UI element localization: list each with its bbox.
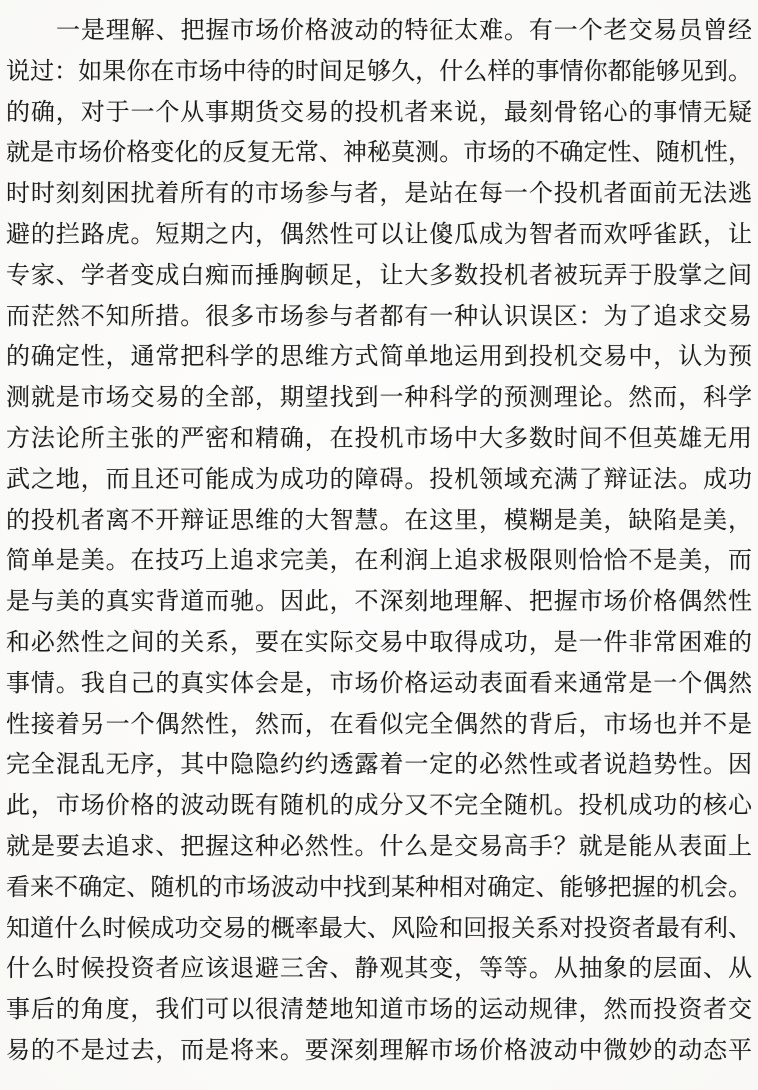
text-line: 说过：如果你在市场中待的时间足够久，什么样的事情你都能够见到。: [6, 52, 752, 93]
text-line: 知道什么时候成功交易的概率最大、风险和回报关系对投资者最有利、: [6, 909, 752, 950]
text-line: 事情。我自己的真实体会是，市场价格运动表面看来通常是一个偶然: [6, 664, 752, 705]
text-line: 和必然性之间的关系，要在实际交易中取得成功，是一件非常困难的: [6, 623, 752, 664]
text-line: 就是要去追求、把握这种必然性。什么是交易高手？就是能从表面上: [6, 827, 752, 868]
text-line: 的确定性，通常把科学的思维方式简单地运用到投机交易中，认为预: [6, 337, 752, 378]
text-line: 完全混乱无序，其中隐隐约约透露着一定的必然性或者说趋势性。因: [6, 745, 752, 786]
page-text: 一是理解、把握市场价格波动的特征太难。有一个老交易员曾经说过：如果你在市场中待的…: [6, 11, 752, 1072]
text-line: 事后的角度，我们可以很清楚地知道市场的运动规律，然而投资者交: [6, 990, 752, 1031]
text-line: 就是市场价格变化的反复无常、神秘莫测。市场的不确定性、随机性，: [6, 133, 752, 174]
book-page: 一是理解、把握市场价格波动的特征太难。有一个老交易员曾经说过：如果你在市场中待的…: [0, 0, 758, 1090]
text-line: 避的拦路虎。短期之内，偶然性可以让傻瓜成为智者而欢呼雀跃，让: [6, 215, 752, 256]
text-line: 的确，对于一个从事期货交易的投机者来说，最刻骨铭心的事情无疑: [6, 93, 752, 134]
text-line: 而茫然不知所措。很多市场参与者都有一种认识误区：为了追求交易: [6, 297, 752, 338]
text-line: 武之地，而且还可能成为成功的障碍。投机领域充满了辩证法。成功: [6, 460, 752, 501]
text-line: 看来不确定、随机的市场波动中找到某种相对确定、能够把握的机会。: [6, 868, 752, 909]
text-line: 一是理解、把握市场价格波动的特征太难。有一个老交易员曾经: [6, 11, 752, 52]
text-line: 的投机者离不开辩证思维的大智慧。在这里，模糊是美，缺陷是美，: [6, 501, 752, 542]
text-line: 测就是市场交易的全部，期望找到一种科学的预测理论。然而，科学: [6, 378, 752, 419]
text-line: 什么时候投资者应该退避三舍、静观其变，等等。从抽象的层面、从: [6, 949, 752, 990]
text-line: 专家、学者变成白痴而捶胸顿足，让大多数投机者被玩弄于股掌之间: [6, 256, 752, 297]
text-line: 性接着另一个偶然性，然而，在看似完全偶然的背后，市场也并不是: [6, 705, 752, 746]
text-line: 简单是美。在技巧上追求完美，在利润上追求极限则恰恰不是美，而: [6, 541, 752, 582]
text-line: 方法论所主张的严密和精确，在投机市场中大多数时间不但英雄无用: [6, 419, 752, 460]
text-line: 此，市场价格的波动既有随机的成分又不完全随机。投机成功的核心: [6, 786, 752, 827]
text-line: 易的不是过去，而是将来。要深刻理解市场价格波动中微妙的动态平: [6, 1031, 752, 1072]
text-line: 是与美的真实背道而驰。因此，不深刻地理解、把握市场价格偶然性: [6, 582, 752, 623]
text-line: 时时刻刻困扰着所有的市场参与者，是站在每一个投机者面前无法逃: [6, 174, 752, 215]
